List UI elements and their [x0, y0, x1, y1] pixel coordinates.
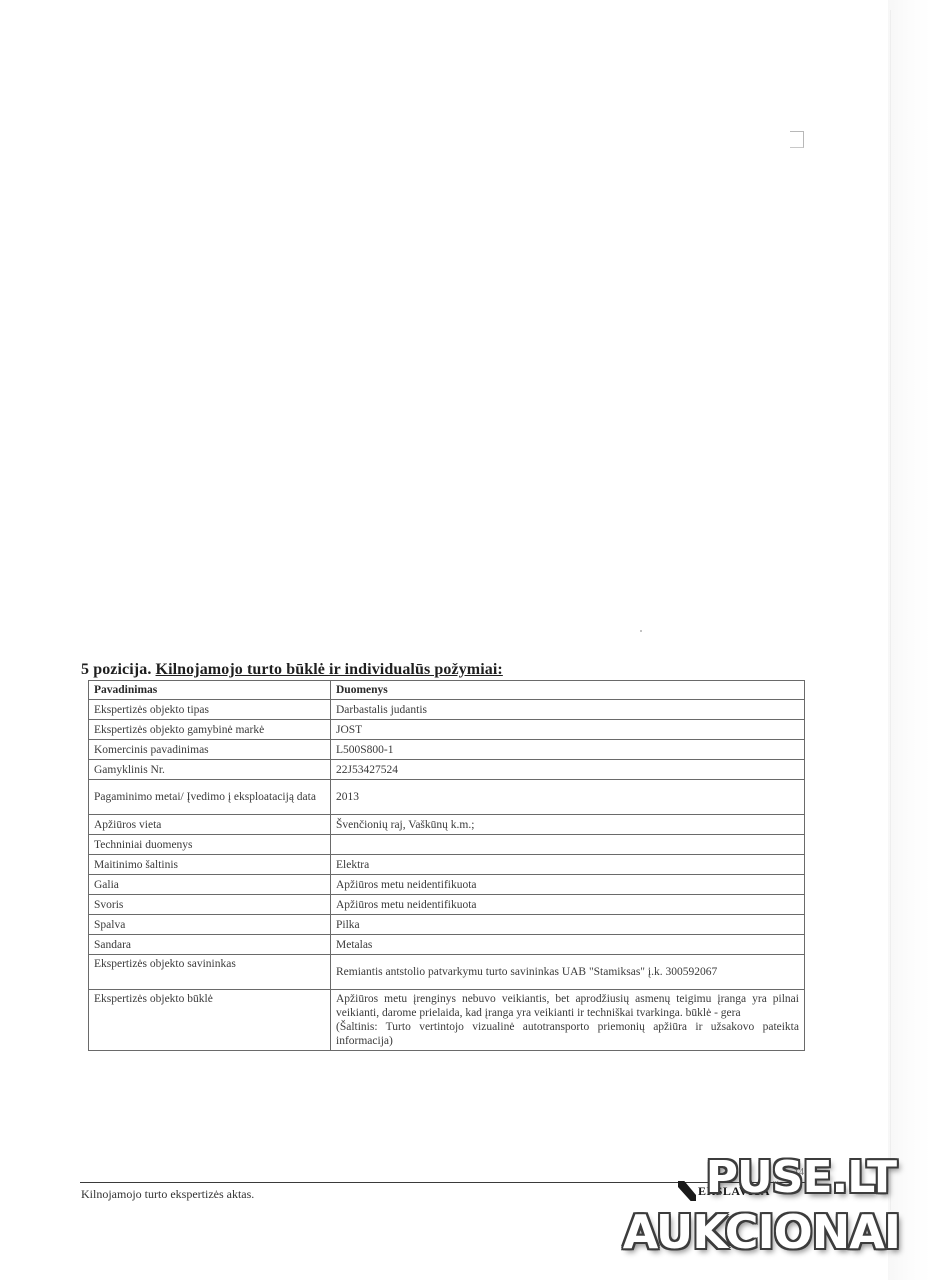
section-heading: Kilnojamojo turto būklė ir individualūs … — [156, 661, 503, 678]
row-value: 2013 — [331, 780, 805, 815]
table-row: Komercinis pavadinimas L500S800-1 — [89, 740, 805, 760]
row-value: Švenčionių raj, Vaškūnų k.m.; — [331, 815, 805, 835]
section-number: 5 pozicija. — [81, 661, 151, 678]
row-label: Spalva — [89, 915, 331, 935]
table-row: Pagaminimo metai/ Įvedimo į eksploatacij… — [89, 780, 805, 815]
row-label: Svoris — [89, 895, 331, 915]
table-row: Sandara Metalas — [89, 935, 805, 955]
row-value — [331, 835, 805, 855]
table-row: Techniniai duomenys — [89, 835, 805, 855]
page-edge-line — [890, 10, 891, 1210]
table-row: Gamyklinis Nr. 22J53427524 — [89, 760, 805, 780]
scan-corner-mark — [790, 131, 804, 148]
row-value: JOST — [331, 720, 805, 740]
row-value: Darbastalis judantis — [331, 700, 805, 720]
row-label: Galia — [89, 875, 331, 895]
row-label: Komercinis pavadinimas — [89, 740, 331, 760]
watermark-line-1: PUSE.LT — [706, 1152, 896, 1203]
condition-text: Apžiūros metu įrenginys nebuvo veikianti… — [336, 993, 799, 1019]
table-row: Maitinimo šaltinis Elektra — [89, 855, 805, 875]
column-header-name: Pavadinimas — [89, 681, 331, 700]
row-value: Elektra — [331, 855, 805, 875]
scan-speck — [640, 630, 642, 632]
row-value: L500S800-1 — [331, 740, 805, 760]
row-label: Ekspertizės objekto gamybinė markė — [89, 720, 331, 740]
row-value: Remiantis antstolio patvarkymu turto sav… — [331, 955, 805, 990]
row-label: Ekspertizės objekto savininkas — [89, 955, 331, 990]
table-row: Ekspertizės objekto tipas Darbastalis ju… — [89, 700, 805, 720]
row-value: Pilka — [331, 915, 805, 935]
row-value: Apžiūros metu neidentifikuota — [331, 895, 805, 915]
page-edge — [888, 0, 930, 1280]
table-row: Ekspertizės objekto būklė Apžiūros metu … — [89, 990, 805, 1051]
row-value: Apžiūros metu neidentifikuota — [331, 875, 805, 895]
row-label: Apžiūros vieta — [89, 815, 331, 835]
property-details-table: Pavadinimas Duomenys Ekspertizės objekto… — [88, 680, 805, 1051]
section-title: 5 pozicija. Kilnojamojo turto būklė ir i… — [81, 661, 503, 679]
row-value: 22J53427524 — [331, 760, 805, 780]
footer-document-title: Kilnojamojo turto ekspertizės aktas. — [81, 1187, 254, 1202]
table-header-row: Pavadinimas Duomenys — [89, 681, 805, 700]
row-label: Sandara — [89, 935, 331, 955]
row-label: Ekspertizės objekto būklė — [89, 990, 331, 1051]
table-row: Spalva Pilka — [89, 915, 805, 935]
row-value: Metalas — [331, 935, 805, 955]
table-row: Ekspertizės objekto gamybinė markė JOST — [89, 720, 805, 740]
column-header-data: Duomenys — [331, 681, 805, 700]
row-label: Maitinimo šaltinis — [89, 855, 331, 875]
row-value-condition: Apžiūros metu įrenginys nebuvo veikianti… — [331, 990, 805, 1051]
table-row: Svoris Apžiūros metu neidentifikuota — [89, 895, 805, 915]
row-label: Pagaminimo metai/ Įvedimo į eksploatacij… — [89, 780, 331, 815]
logo-mark-icon — [678, 1181, 696, 1201]
condition-source-note: (Šaltinis: Turto vertintojo vizualinė au… — [336, 1021, 799, 1047]
watermark-line-2: AUKCIONAI — [623, 1205, 900, 1259]
table-row: Galia Apžiūros metu neidentifikuota — [89, 875, 805, 895]
row-label: Gamyklinis Nr. — [89, 760, 331, 780]
table-row: Apžiūros vieta Švenčionių raj, Vaškūnų k… — [89, 815, 805, 835]
row-label: Ekspertizės objekto tipas — [89, 700, 331, 720]
table-row: Ekspertizės objekto savininkas Remiantis… — [89, 955, 805, 990]
row-label: Techniniai duomenys — [89, 835, 331, 855]
